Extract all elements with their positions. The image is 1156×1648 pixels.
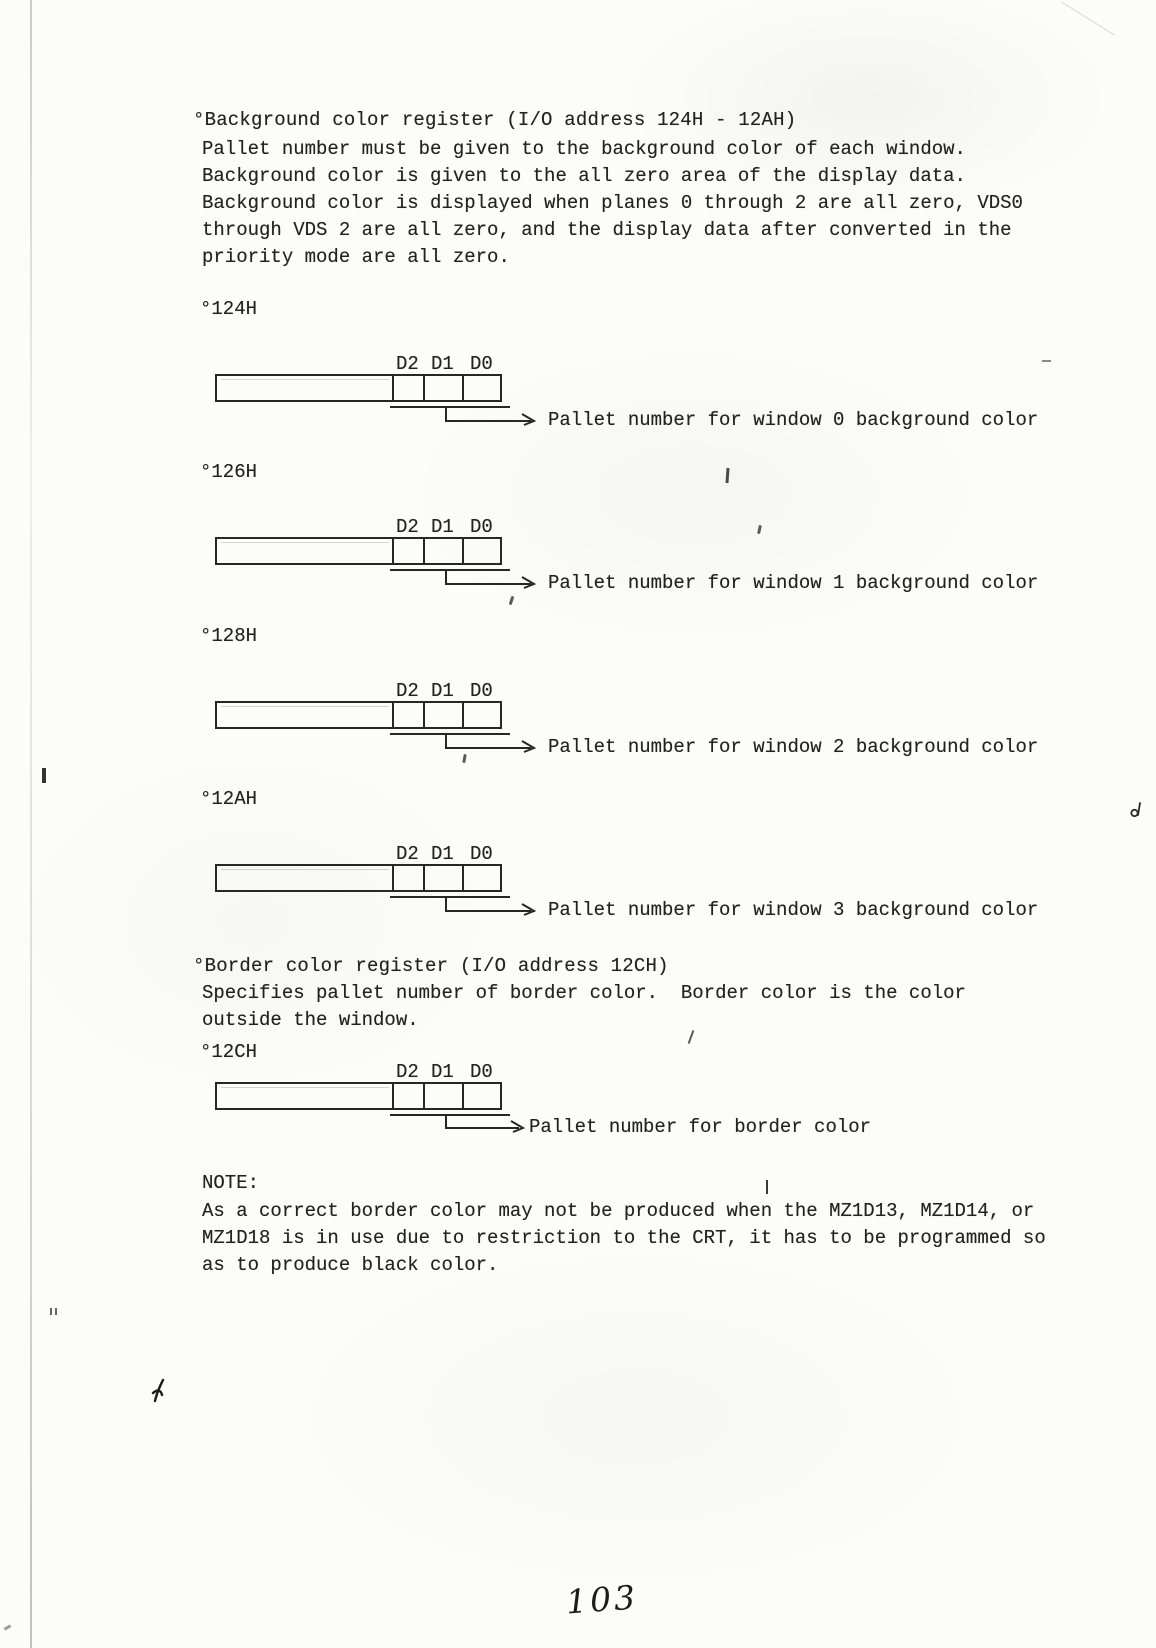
cell-divider (462, 703, 464, 727)
paragraph-line: Background color is displayed when plane… (202, 190, 1023, 217)
cell-divider (392, 376, 394, 400)
cell-divider (462, 866, 464, 890)
scan-artifact-tick (42, 768, 46, 783)
bit-label-d2: D2 (396, 1062, 419, 1082)
paragraph-line: through VDS 2 are all zero, and the disp… (202, 217, 1012, 244)
section-heading: °Border color register (I/O address 12CH… (193, 953, 669, 980)
handwritten-page-number: 103 (565, 1578, 640, 1622)
paragraph-line: priority mode are all zero. (202, 244, 510, 271)
cell-divider (423, 376, 425, 400)
register-block-12ch: °12CH D2 D1 D0 Pallet number for border … (0, 1042, 1156, 1192)
scan-artifact-dash (1042, 360, 1051, 362)
scan-edge-artifact (1061, 1, 1116, 36)
bit-label-d2: D2 (396, 844, 419, 864)
cell-divider (392, 703, 394, 727)
bit-label-d1: D1 (431, 1062, 454, 1082)
register-bit-box (215, 701, 502, 729)
bit-label-d0: D0 (470, 354, 493, 374)
scan-artifact-pen-mark (1130, 800, 1144, 820)
register-caption: Pallet number for border color (529, 1117, 871, 1138)
register-block-126h: °126H D2 D1 D0 Pallet number for window … (0, 462, 1156, 612)
cell-divider (392, 866, 394, 890)
arrow-connector (443, 896, 553, 918)
bit-label-d2: D2 (396, 354, 419, 374)
arrow-connector (443, 569, 553, 591)
bit-label-d0: D0 (470, 517, 493, 537)
cell-divider (423, 539, 425, 563)
section-heading: °Background color register (I/O address … (193, 107, 796, 134)
register-bit-box (215, 537, 502, 565)
bit-label-d1: D1 (431, 681, 454, 701)
register-address: °12AH (200, 789, 257, 809)
cell-divider (392, 539, 394, 563)
arrow-connector (443, 1114, 535, 1136)
bit-label-d1: D1 (431, 354, 454, 374)
register-address: °12CH (200, 1042, 257, 1062)
register-address: °126H (200, 462, 257, 482)
register-block-128h: °128H D2 D1 D0 Pallet number for window … (0, 626, 1156, 776)
paragraph-line: outside the window. (202, 1007, 419, 1034)
cell-divider (462, 376, 464, 400)
cell-divider (423, 866, 425, 890)
arrow-connector (443, 406, 553, 428)
register-bit-box (215, 374, 502, 402)
register-bit-box (215, 1082, 502, 1110)
bit-label-d1: D1 (431, 517, 454, 537)
note-line: as to produce black color. (202, 1252, 498, 1279)
register-address: °124H (200, 299, 257, 319)
scan-artifact-edge (4, 1624, 12, 1630)
paragraph-line: Background color is given to the all zer… (202, 163, 966, 190)
bit-label-d2: D2 (396, 517, 419, 537)
register-address: °128H (200, 626, 257, 646)
cell-divider (462, 539, 464, 563)
cell-divider (462, 1084, 464, 1108)
scan-artifact-pen-squiggle (150, 1378, 168, 1406)
bit-label-d0: D0 (470, 1062, 493, 1082)
scan-artifact-quote (50, 1308, 52, 1315)
scan-artifact-quote (55, 1308, 57, 1315)
arrow-connector (443, 733, 553, 755)
register-block-12ah: °12AH D2 D1 D0 Pallet number for window … (0, 789, 1156, 939)
register-caption: Pallet number for window 2 background co… (548, 737, 1038, 758)
note-label: NOTE: (202, 1170, 259, 1197)
scan-ghost-line (221, 379, 389, 380)
cell-divider (423, 1084, 425, 1108)
bit-label-d0: D0 (470, 844, 493, 864)
note-line: MZ1D18 is in use due to restriction to t… (202, 1225, 1046, 1252)
note-line: As a correct border color may not be pro… (202, 1198, 1034, 1225)
bit-label-d2: D2 (396, 681, 419, 701)
scan-ghost-line (221, 869, 389, 870)
cell-divider (392, 1084, 394, 1108)
scan-ghost-line (221, 1087, 389, 1088)
paragraph-line: Specifies pallet number of border color.… (202, 980, 966, 1007)
register-caption: Pallet number for window 0 background co… (548, 410, 1038, 431)
register-caption: Pallet number for window 3 background co… (548, 900, 1038, 921)
bit-label-d1: D1 (431, 844, 454, 864)
scan-artifact-tick (766, 1180, 768, 1194)
bit-label-d0: D0 (470, 681, 493, 701)
register-bit-box (215, 864, 502, 892)
scanned-manual-page: °Background color register (I/O address … (0, 0, 1156, 1648)
register-caption: Pallet number for window 1 background co… (548, 573, 1038, 594)
scan-ghost-line (221, 542, 389, 543)
cell-divider (423, 703, 425, 727)
scan-ghost-line (221, 706, 389, 707)
register-block-124h: °124H D2 D1 D0 Pallet number for window … (0, 299, 1156, 449)
paragraph-line: Pallet number must be given to the backg… (202, 136, 966, 163)
